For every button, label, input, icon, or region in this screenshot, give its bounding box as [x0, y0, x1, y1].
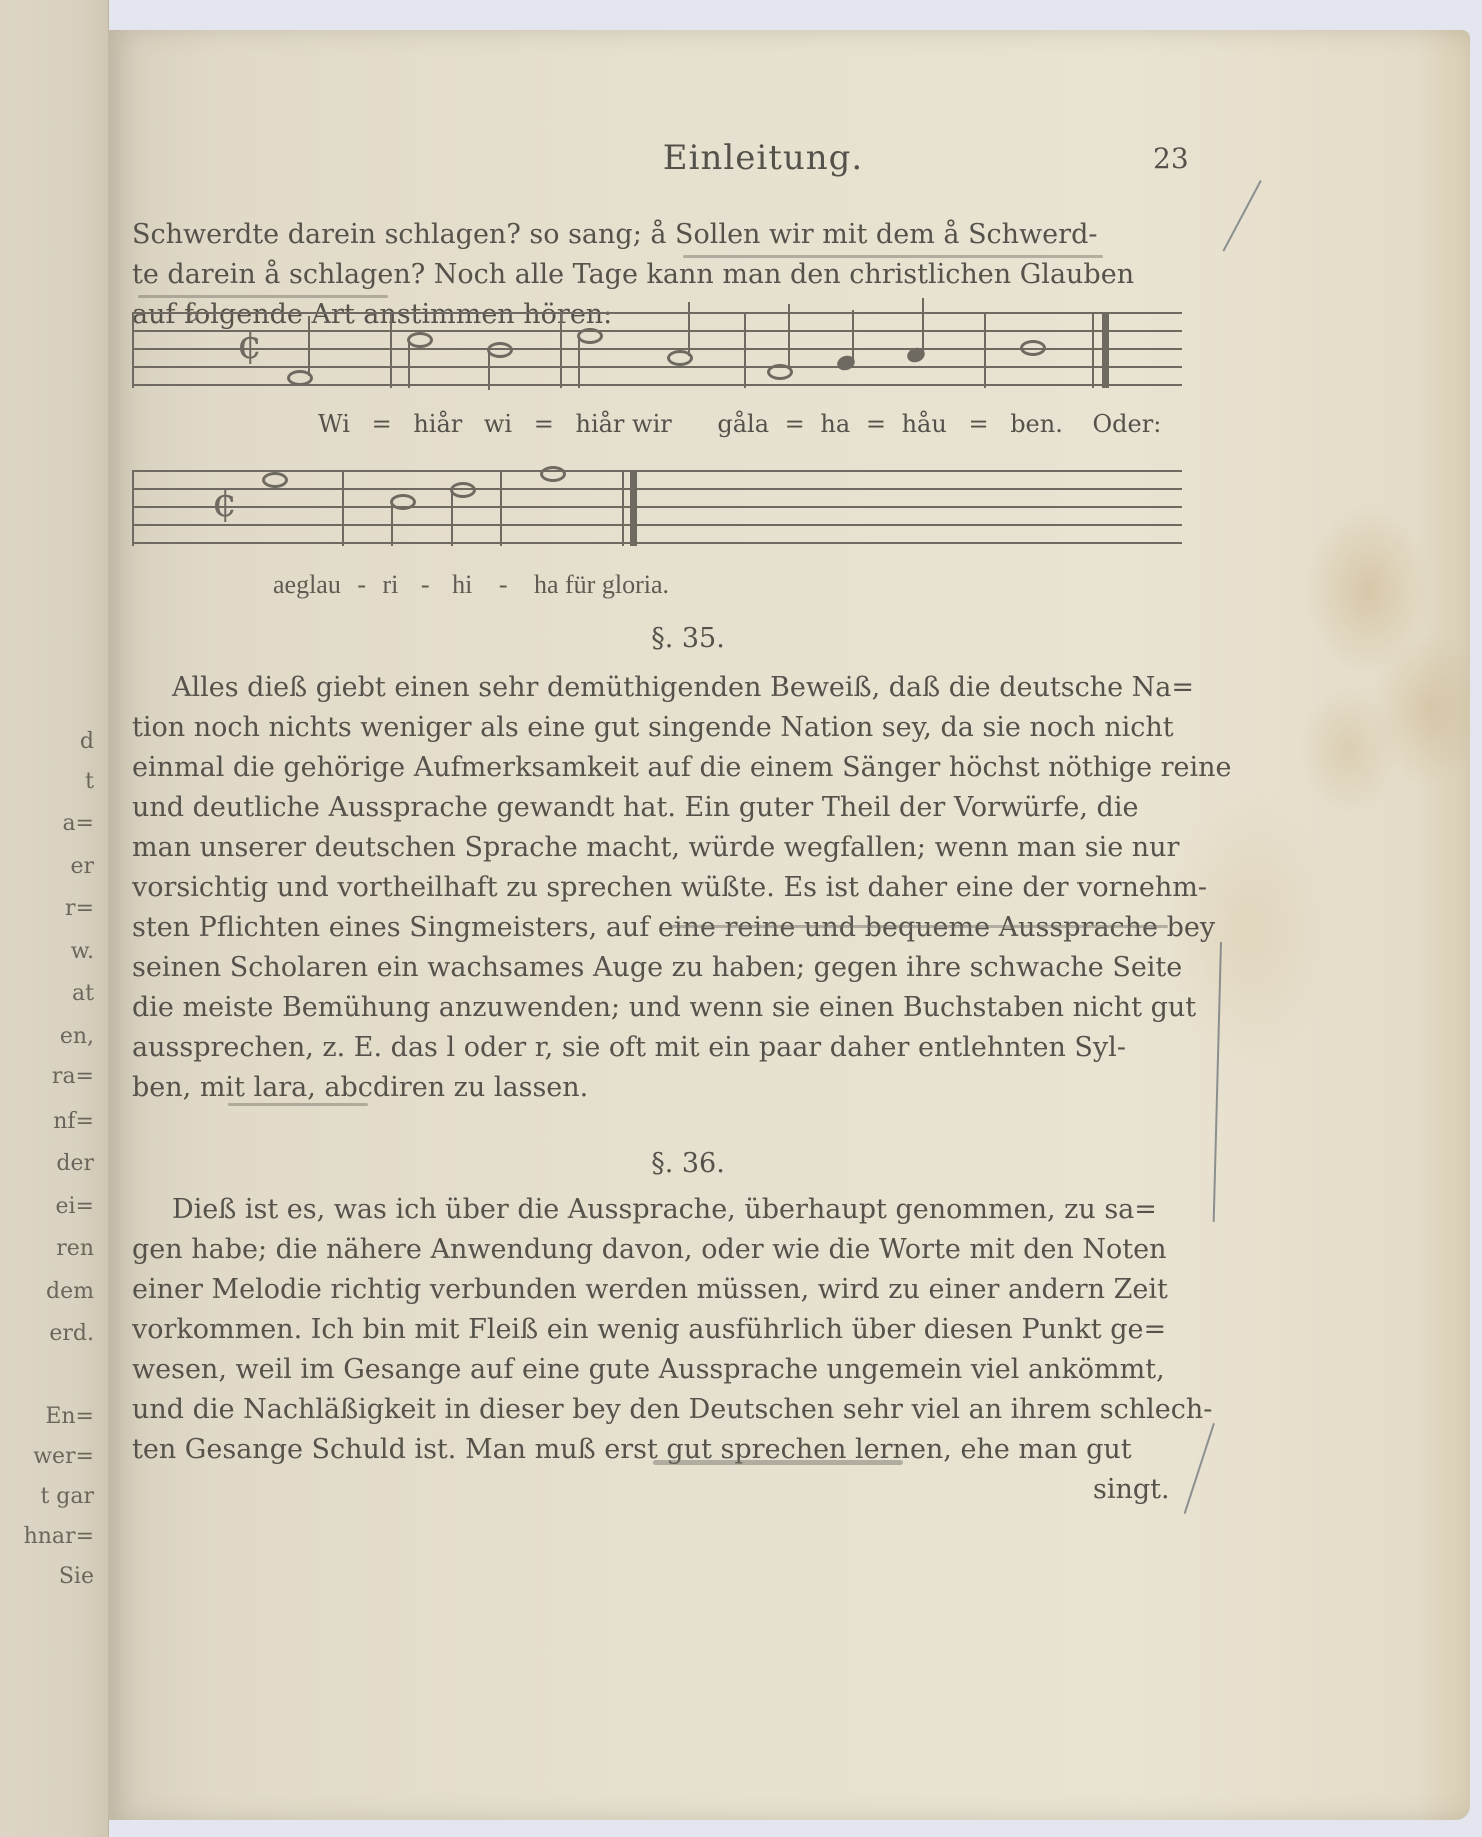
- facing-page-text-fragment: erd.: [49, 1321, 94, 1346]
- facing-page-text-fragment: wer=: [33, 1444, 94, 1469]
- text-line: ben, mit lara, abcdiren zu lassen.: [132, 1068, 1232, 1108]
- text-line: gen habe; die nähere Anwendung davon, od…: [132, 1230, 1232, 1270]
- time-signature: ¢: [237, 322, 262, 368]
- text-line: vorsichtig und vortheilhaft zu sprechen …: [132, 868, 1232, 908]
- key-signature-flat: ♭: [187, 296, 200, 329]
- time-signature: ¢: [212, 480, 237, 526]
- facing-page-text-fragment: ren: [56, 1236, 94, 1261]
- pencil-underline: [668, 925, 1168, 928]
- background-edge: [1470, 0, 1482, 1837]
- catchword: singt.: [1093, 1470, 1193, 1510]
- text-line: seinen Scholaren ein wachsames Auge zu h…: [132, 948, 1232, 988]
- text-line: die meiste Bemühung anzuwenden; und wenn…: [132, 988, 1232, 1028]
- facing-page-text-fragment: nf=: [53, 1109, 94, 1134]
- facing-page-text-fragment: at: [72, 981, 94, 1006]
- pencil-underline: [228, 1103, 368, 1106]
- text-line: aussprechen, z. E. das l oder r, sie oft…: [132, 1028, 1232, 1068]
- page-number: 23: [1153, 142, 1189, 175]
- facing-page-text-fragment: hnar=: [24, 1524, 94, 1549]
- facing-page-text-fragment: Sie: [59, 1564, 94, 1589]
- book-page: Einleitung. 23 Schwerdte darein schlagen…: [108, 30, 1470, 1820]
- pencil-underline: [138, 295, 388, 298]
- facing-page-text-fragment: der: [56, 1151, 94, 1176]
- section-heading-36: §. 36.: [538, 1148, 838, 1179]
- facing-page-text-fragment: d: [80, 729, 94, 754]
- text-line: wesen, weil im Gesange auf eine gute Aus…: [132, 1350, 1232, 1390]
- facing-page-text-fragment: en,: [60, 1024, 94, 1049]
- text-line: vorkommen. Ich bin mit Fleiß ein wenig a…: [132, 1310, 1232, 1350]
- text-line: einer Melodie richtig verbunden werden m…: [132, 1270, 1232, 1310]
- text-line: Alles dieß giebt einen sehr demüthigende…: [172, 668, 1232, 708]
- text-line: man unserer deutschen Sprache macht, wür…: [132, 828, 1232, 868]
- text-line: und deutliche Aussprache gewandt hat. Ei…: [132, 788, 1232, 828]
- lyrics-line-2: aeglau - ri - hi - ha für gloria.: [273, 570, 669, 600]
- pencil-underline: [653, 1460, 903, 1465]
- running-head: Einleitung.: [563, 138, 963, 178]
- facing-page-text-fragment: dem: [46, 1279, 94, 1304]
- text-line: und die Nachläßigkeit in dieser bey den …: [132, 1390, 1232, 1430]
- section-heading-35: §. 35.: [538, 623, 838, 654]
- music-staff-1: ♭ ¢: [132, 312, 1182, 388]
- facing-page-text-fragment: En=: [45, 1404, 94, 1429]
- text-line: tion noch nichts weniger als eine gut si…: [132, 708, 1232, 748]
- facing-page-text-fragment: t gar: [40, 1484, 94, 1509]
- lyrics-line-1: Wi = hiår wi = hiår wir gåla = ha = håu …: [318, 410, 1161, 438]
- facing-page-text-fragment: w.: [71, 939, 94, 964]
- text-line: Schwerdte darein schlagen? so sang; å So…: [132, 215, 1232, 255]
- facing-page-text-fragment: ei=: [56, 1194, 95, 1219]
- text-line: Dieß ist es, was ich über die Aussprache…: [172, 1190, 1232, 1230]
- pencil-underline: [683, 255, 1103, 258]
- facing-page-text-fragment: er: [70, 854, 94, 879]
- music-staff-2: ¢: [132, 470, 1182, 546]
- text-line: te darein å schlagen? Noch alle Tage kan…: [132, 255, 1232, 295]
- facing-page-edge: dta=err=w.aten,ra=nf=derei=rendemerd.En=…: [0, 0, 109, 1837]
- facing-page-text-fragment: r=: [65, 896, 94, 921]
- text-line: sten Pflichten eines Singmeisters, auf e…: [132, 908, 1232, 948]
- facing-page-text-fragment: a=: [62, 811, 94, 836]
- facing-page-text-fragment: t: [85, 769, 94, 794]
- text-line: einmal die gehörige Aufmerksamkeit auf d…: [132, 748, 1232, 788]
- facing-page-text-fragment: ra=: [52, 1064, 94, 1089]
